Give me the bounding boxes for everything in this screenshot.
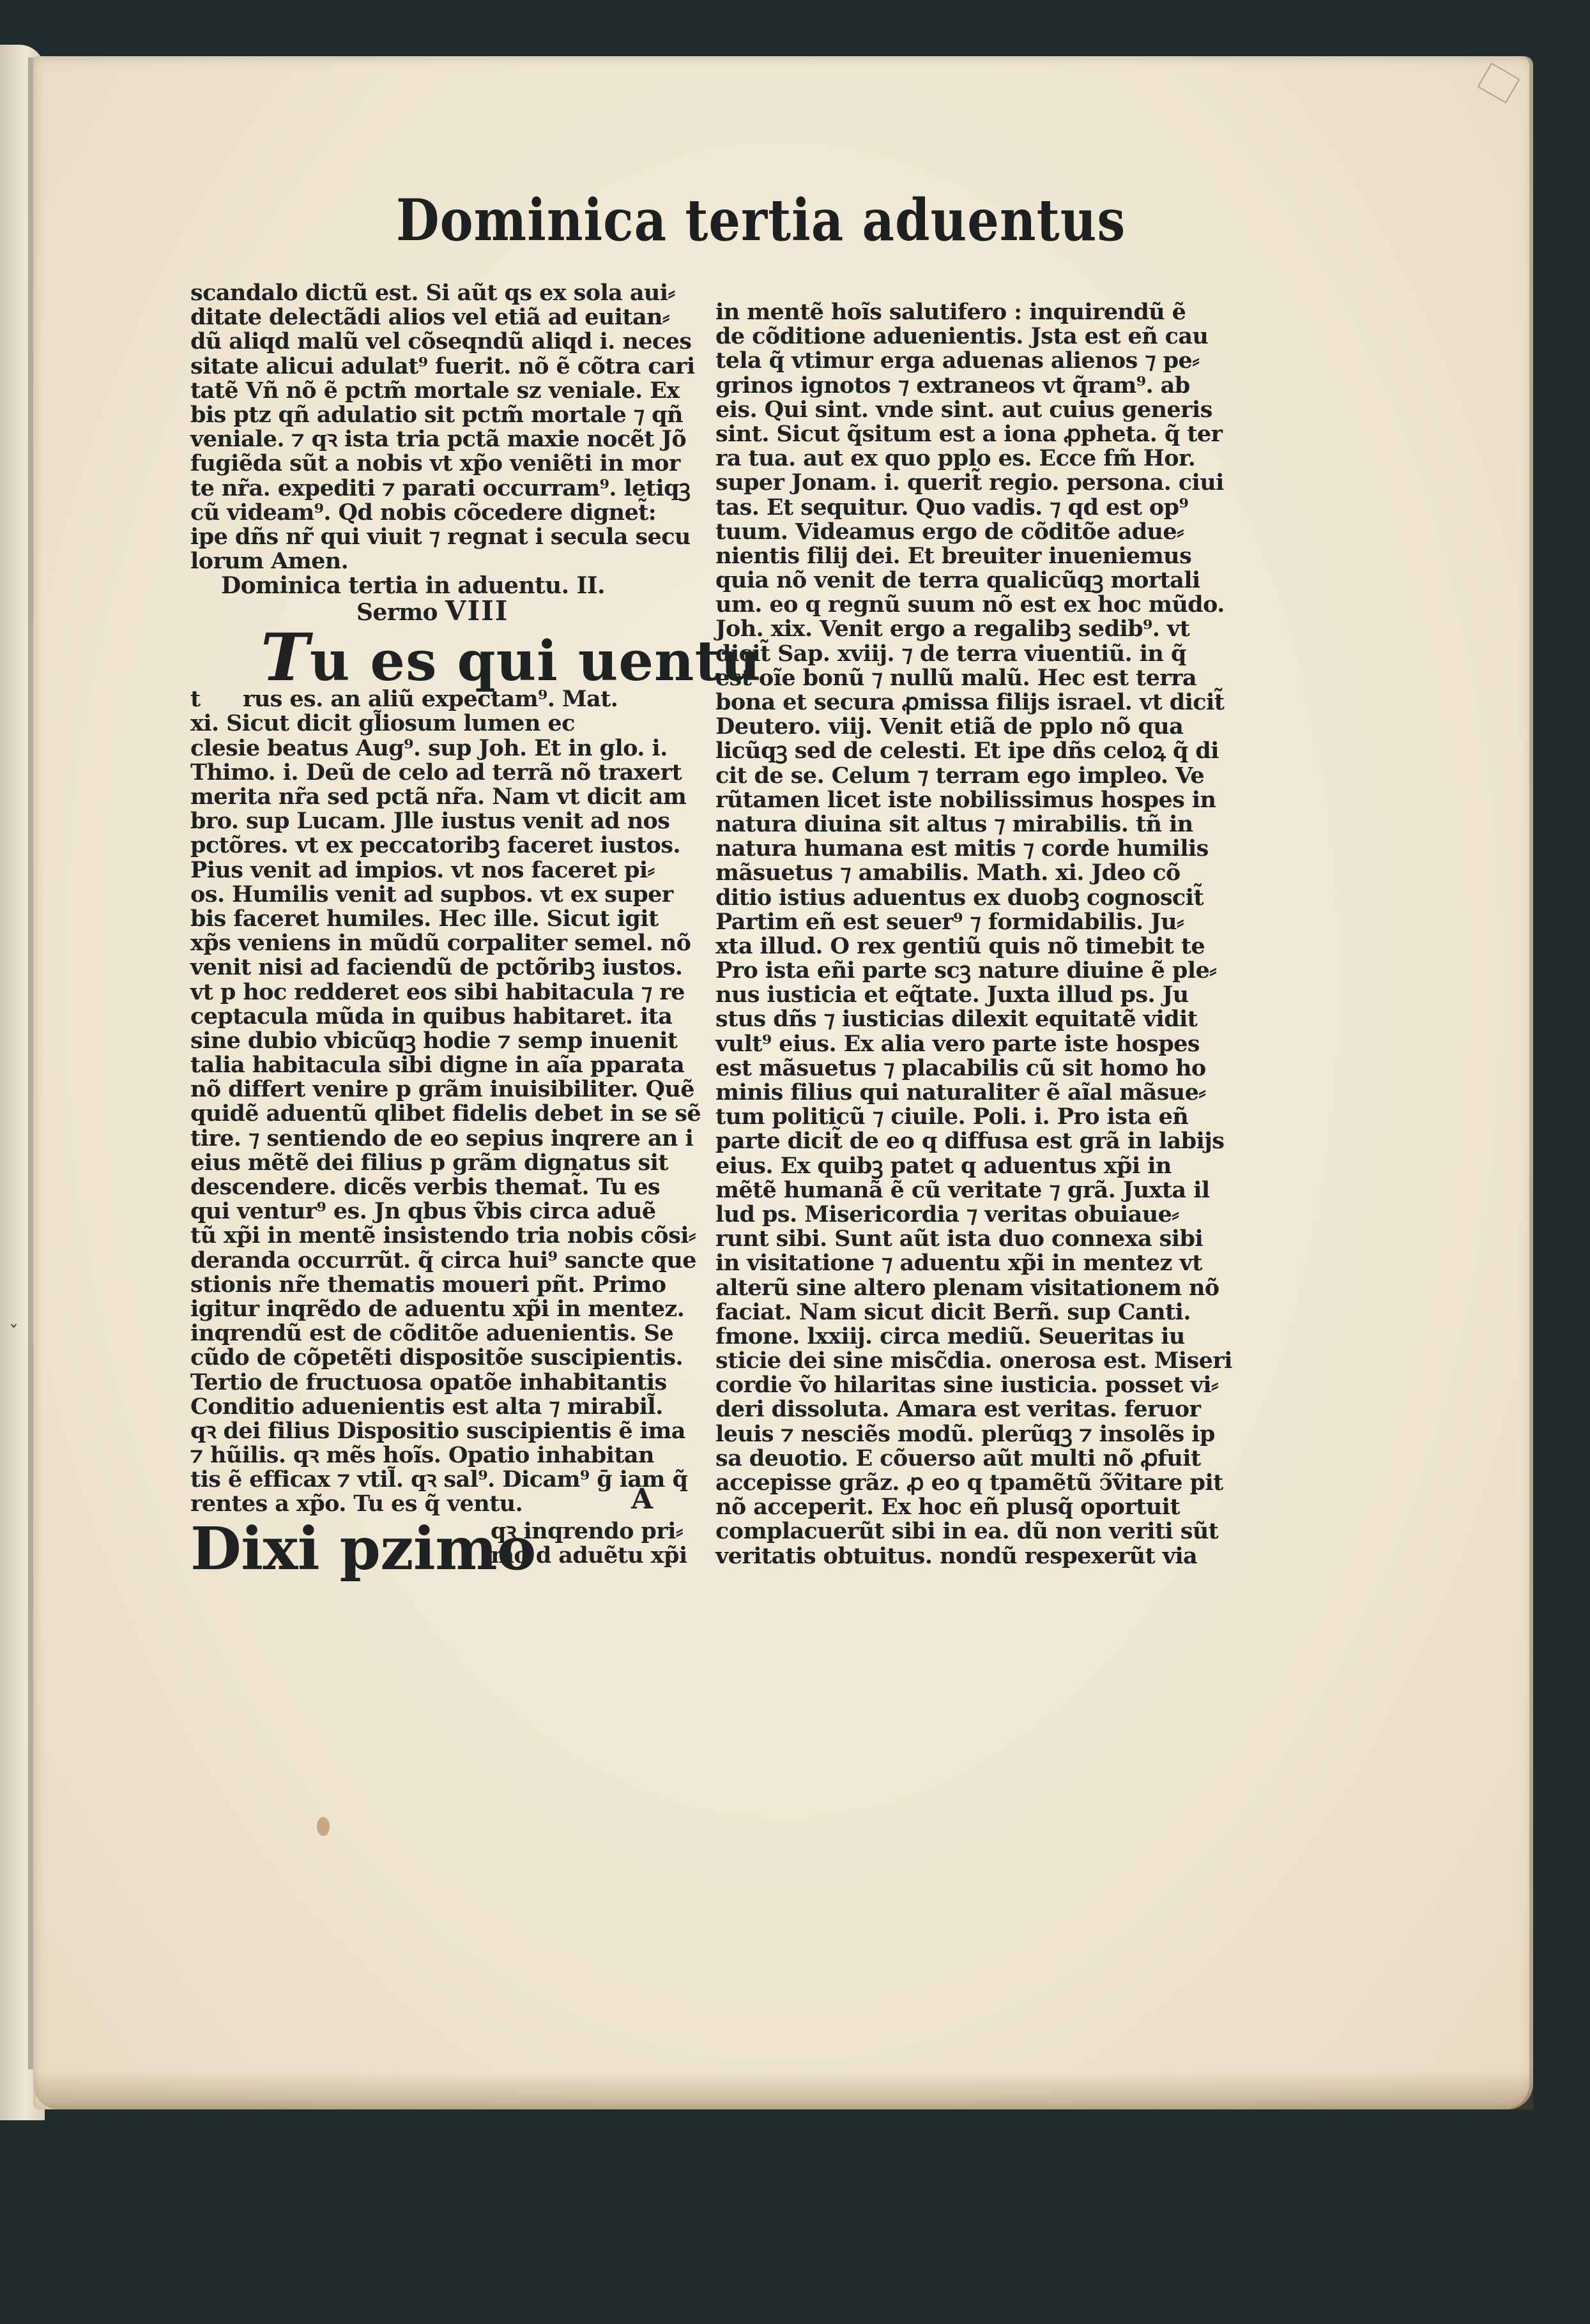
text-line: accepisse grãz. ꝓ eo q tpamẽtũ ↄ̃ṽitare … [715,1471,1214,1495]
text-line: tũ xp̃i in mentẽ insistendo tria nobis c… [190,1224,676,1248]
text-line: Pius venit ad impios. vt nos faceret pi⸗ [190,858,676,883]
section-letter: A [631,1487,653,1512]
text-line: super Jonam. i. querit̃ regio. persona. … [715,471,1214,495]
text-line: bona et secura ꝓmissa filijs israel. vt … [715,690,1214,715]
text-line: ditio istius aduentus ex duobꝫ cognoscit… [715,886,1214,910]
text-line: dũ aliqd malũ vel cõseqndũ aliqd i. nece… [190,330,676,354]
text-line: quidẽ aduentũ qlibet fidelis debet in se… [190,1102,676,1126]
text-line: deri dissoluta. Amara est veritas. feruo… [715,1397,1214,1422]
text-line: licũqꝫ sed de celesti. Et ipe dñs celoꝝ … [715,739,1214,763]
text-line: nõ acceperit. Ex hoc eñ plusq̃ oportuit [715,1495,1214,1519]
sermon-incipit: Tu es qui uentu [190,628,676,687]
text-line: qꝛ inqrendo pri⸗ [491,1519,687,1544]
text-line: minis filius qui naturaliter ẽ aĩal mãsu… [715,1081,1214,1105]
text-line: descendere. dicẽs verbis themat̃. Tu es [190,1175,676,1199]
text-line: clesie beatus Aug⁹. sup Joh. Et in glo. … [190,736,676,761]
text-line: fugiẽda sũt a nobis vt xp̃o veniẽti in m… [190,452,676,476]
dixi-primo-block: A Dixi pzimo qꝛ inqrendo pri⸗ mo d aduẽt… [190,1517,676,1587]
text-line: tela q̃ vtimur erga aduenas alienos ⁊ pe… [715,349,1214,373]
text-line: Joh. xix. Venit ergo a regalibꝫ sedib⁹. … [715,617,1214,641]
text-line: lorum Amen. [190,549,676,573]
left-text-column: scandalo dictũ est. Si aũt qs ex sola au… [190,281,676,1587]
right-column-lines: in mentẽ hoĩs salutifero : inquirendũ ẽd… [715,300,1214,1568]
text-line: est mãsuetus ⁊ placabilis cũ sit homo ho [715,1056,1214,1081]
text-line: parte dicit̃ de eo q diffusa est grã in … [715,1129,1214,1153]
corner-fold-mark [1477,63,1520,103]
text-line: trus es. an aliũ expectam⁹. Mat. [190,687,676,711]
text-line: fmone. lxxiij. circa mediũ. Seueritas iu [715,1325,1214,1349]
sermo-number: VIII [445,595,509,627]
text-line: stus dñs ⁊ iusticias dilexit equitatẽ vi… [715,1007,1214,1031]
text-line: ⁊ hũilis. qꝛ mẽs hoĩs. Opatio inhabitan [190,1443,676,1468]
text-line: mẽtẽ humanã ẽ cũ veritate ⁊ grã. Juxta i… [715,1178,1214,1203]
text-line: tum politicũ ⁊ ciuile. Poli. i. Pro ista… [715,1105,1214,1129]
text-line: bis faceret humiles. Hec ille. Sicut igi… [190,907,676,931]
text-line: qꝛ dei filius Dispositio suscipientis ẽ … [190,1419,676,1443]
text-line: rentes a xp̃o. Tu es q̃ ventu. [190,1492,676,1516]
marginal-letter: t [190,687,243,711]
text-line: eis. Qui sint. vnde sint. aut cuius gene… [715,398,1214,422]
left-column-body-lines: trus es. an aliũ expectam⁹. Mat.xi. Sicu… [190,687,676,1516]
text-line: te nr̃a. expediti ⁊ parati occurram⁹. le… [190,476,676,501]
text-line: Deutero. viij. Venit etiã de pplo nõ qua [715,715,1214,739]
text-line: natura humana est mitis ⁊ corde humilis [715,837,1214,861]
text-line: sine dubio vbicũqꝫ hodie ⁊ semp inuenit [190,1029,676,1053]
text-line: sint. Sicut q̃situm est a iona ꝓpheta. q… [715,422,1214,446]
text-line: tis ẽ efficax ⁊ vtil̃. qꝛ sal⁹. Dicam⁹ ḡ… [190,1468,676,1492]
text-line: quia nõ venit de terra qualicũqꝫ mortali [715,568,1214,593]
text-line: complacuerũt sibi in ea. dũ non veriti s… [715,1519,1214,1544]
text-line: um. eo q regnũ suum nõ est ex hoc mũdo. [715,593,1214,617]
text-line: xi. Sicut dicit gl̃iosum lumen ec [190,711,676,736]
text-line: stionis nr̃e thematis moueri pñt. Primo [190,1273,676,1297]
text-line: grinos ignotos ⁊ extraneos vt q̃ram⁹. ab [715,374,1214,398]
text-line: xta illud. O rex gentiũ quis nõ timebit … [715,934,1214,959]
text-line: Thimo. i. Deũ de celo ad terrã nõ traxer… [190,761,676,785]
text-line: sitate alicui adulat⁹ fuerit. nõ ẽ cõtra… [190,354,676,379]
text-line: inqrendũ est de cõditõe aduenientis. Se [190,1321,676,1346]
text-line: merita nr̃a sed pctã nr̃a. Nam vt dicit … [190,785,676,809]
text-line: eius mẽtẽ dei filius p grãm dignatus sit [190,1151,676,1175]
incipit-text: u es qui uentu [310,629,761,694]
text-line: Pro ista eñi parte scꝫ nature diuine ẽ p… [715,959,1214,983]
text-line: Tertio de fructuosa opatõe inhabitantis [190,1371,676,1395]
running-header: Dominica tertia aduentus [396,187,1126,254]
text-line: scandalo dictũ est. Si aũt qs ex sola au… [190,281,676,305]
text-line: Partim eñ est seuer⁹ ⁊ formidabilis. Ju⸗ [715,910,1214,934]
text-line: dicit̃ Sap. xviij. ⁊ de terra viuentiũ. … [715,642,1214,666]
text-line: ceptacula mũda in quibus habitaret. ita [190,1005,676,1029]
text-line: igitur inqrẽdo de aduentu xp̃i in mentez… [190,1297,676,1321]
text-line: est oĩe bonũ ⁊ nullũ malũ. Hec est terra [715,666,1214,690]
text-line: eius. Ex quibꝫ patet q aduentus xp̃i in [715,1154,1214,1178]
section-heading: Dominica tertia in aduentu. II. [190,573,676,599]
text-line: in visitatione ⁊ aduentu xp̃i in mentez … [715,1251,1214,1275]
margin-pen-mark: ˇ [9,1322,19,1344]
text-line: bis ptz qñ adulatio sit pctm̃ mortale ⁊ … [190,403,676,427]
text-line: venit nisi ad faciendũ de pctõribꝫ iusto… [190,955,676,980]
text-line-content: rus es. an aliũ expectam⁹. Mat. [243,686,618,712]
text-line: tuum. Videamus ergo de cõditõe adue⸗ [715,520,1214,544]
text-line: alterũ sine altero plenam visitationem n… [715,1276,1214,1300]
text-line: cũdo de cõpetẽti dispositõe suscipientis… [190,1346,676,1370]
text-line: nõ differt venire p grãm inuisibiliter. … [190,1077,676,1102]
dixi-small-lines: qꝛ inqrendo pri⸗ mo d aduẽtu xp̃i [491,1519,687,1568]
text-line: veritatis obtuitus. nondũ respexerũt via [715,1544,1214,1568]
text-line: ra tua. aut ex quo pplo es. Ecce fm̃ Hor… [715,446,1214,471]
text-line: tatẽ Vñ nõ ẽ pctm̃ mortale sz veniale. E… [190,379,676,403]
paper-stain [317,1817,330,1836]
text-line: cũ videam⁹. Qd nobis cõcedere dignet̃: [190,501,676,525]
text-line: xp̃s veniens in mũdũ corpaliter semel. n… [190,931,676,955]
left-column-top-lines: scandalo dictũ est. Si aũt qs ex sola au… [190,281,676,573]
text-line: natura diuina sit altus ⁊ mirabilis. tñ … [715,812,1214,837]
sermo-label: Sermo [356,599,438,626]
right-text-column: in mentẽ hoĩs salutifero : inquirendũ ẽd… [715,300,1214,1568]
text-line: faciat. Nam sicut dicit Berñ. sup Canti. [715,1300,1214,1325]
text-line: mãsuetus ⁊ amabilis. Math. xi. Jdeo cõ [715,861,1214,885]
text-line: cit de se. Celum ⁊ terram ego impleo. Ve [715,764,1214,788]
text-line: tas. Et sequitur. Quo vadis. ⁊ qd est op… [715,496,1214,520]
text-line: mo d aduẽtu xp̃i [491,1544,687,1568]
text-line: os. Humilis venit ad supbos. vt ex super [190,883,676,907]
text-line: sa deuotio. E cõuerso aũt multi nõ ꝓfuit [715,1447,1214,1471]
text-line: pctõres. vt ex peccatoribꝫ faceret iusto… [190,833,676,858]
text-line: ditate delectãdi alios vel etiã ad euita… [190,305,676,330]
dixi-primo-heading: Dixi pzimo [190,1517,536,1581]
text-line: deranda occurrũt. q̃ circa hui⁹ sancte q… [190,1249,676,1273]
text-line: Conditio aduenientis est alta ⁊ mirabil̃… [190,1395,676,1419]
text-line: nientis filij dei. Et breuiter inueniemu… [715,544,1214,568]
text-line: tire. ⁊ sentiendo de eo sepius inqrere a… [190,1127,676,1151]
text-line: runt sibi. Sunt aũt ista duo connexa sib… [715,1227,1214,1251]
text-line: nus iusticia et eq̃tate. Juxta illud ps.… [715,983,1214,1007]
text-line: vt p hoc redderet eos sibi habitacula ⁊ … [190,980,676,1005]
text-line: leuis ⁊ nesciẽs modũ. plerũqꝫ ⁊ insolẽs … [715,1422,1214,1447]
text-line: ipe dñs nr̃ qui viuit ⁊ regnat i secula … [190,525,676,549]
text-line: rũtamen licet iste nobilissimus hospes i… [715,788,1214,812]
text-line: veniale. ⁊ qꝛ ista tria pctã maxie nocẽt… [190,427,676,452]
text-line: talia habitacula sibi digne in aĩa ppara… [190,1053,676,1077]
initial-letter: T [261,619,310,696]
text-line: vult⁹ eius. Ex alia vero parte iste hosp… [715,1032,1214,1056]
text-line: qui ventur⁹ es. Jn qbus ṽbis circa aduẽ [190,1199,676,1224]
text-line: cordie ṽo hilaritas sine iusticia. posse… [715,1373,1214,1397]
text-line: de cõditione aduenientis. Jsta est eñ ca… [715,324,1214,349]
text-line: lud ps. Misericordia ⁊ veritas obuiaue⸗ [715,1203,1214,1227]
text-line: in mentẽ hoĩs salutifero : inquirendũ ẽ [715,300,1214,324]
text-line: bro. sup Lucam. Jlle iustus venit ad nos [190,809,676,833]
text-line: sticie dei sine misc̃dia. onerosa est. M… [715,1349,1214,1373]
